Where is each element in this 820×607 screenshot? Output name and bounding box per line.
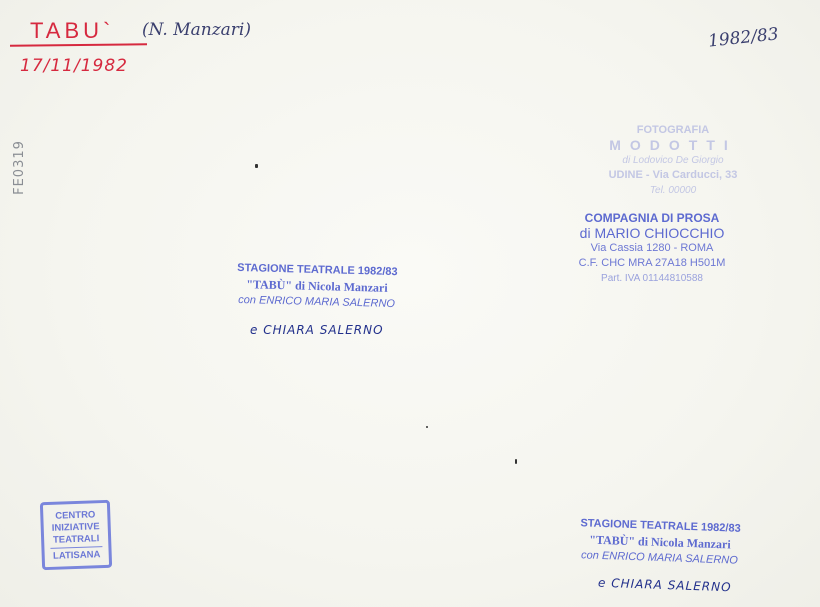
company-stamp: COMPAGNIA DI PROSA di MARIO CHIOCCHIO Vi… <box>552 211 752 286</box>
dust-speck <box>426 426 428 428</box>
season-stamp: STAGIONE TEATRALE 1982/83 "TABÙ" di Nico… <box>221 260 412 313</box>
handwritten-season: 1982/83 <box>707 24 779 51</box>
stamp-line: C.F. CHC MRA 27A18 H501M <box>552 256 752 271</box>
stamp-line: LATISANA <box>50 546 102 563</box>
handwritten-addition-bottom: e CHIARA SALERNO <box>598 576 732 595</box>
season-stamp-bottom: STAGIONE TEATRALE 1982/83 "TABÙ" di Nico… <box>564 515 756 570</box>
stamp-line: MODOTTI <box>598 138 748 153</box>
stamp-line: Tel. 00000 <box>598 183 748 198</box>
stamp-line: COMPAGNIA DI PROSA <box>552 211 752 226</box>
photographer-stamp: FOTOGRAFIA MODOTTI di Lodovico De Giorgi… <box>598 123 748 198</box>
stamp-line: di Lodovico De Giorgio <box>598 153 748 168</box>
title-underline <box>10 43 147 46</box>
stamp-line: TEATRALI <box>44 533 108 547</box>
handwritten-addition: e CHIARA SALERNO <box>250 323 384 337</box>
dust-speck <box>515 459 517 464</box>
handwritten-date: 17/11/1982 <box>20 56 128 76</box>
handwritten-author-note: (N. Manzari) <box>142 20 251 40</box>
centro-iniziative-stamp: CENTRO INIZIATIVE TEATRALI LATISANA <box>40 500 112 570</box>
stamp-line: Part. IVA 01144810588 <box>552 271 752 286</box>
stamp-line: UDINE - Via Carducci, 33 <box>598 168 748 183</box>
stamp-line: FOTOGRAFIA <box>598 123 748 138</box>
stamp-line: Via Cassia 1280 - ROMA <box>552 241 752 256</box>
photo-back-sheet: TABU` (N. Manzari) 17/11/1982 1982/83 FE… <box>0 0 820 607</box>
handwritten-title: TABU` <box>30 18 114 44</box>
dust-speck <box>255 164 258 168</box>
stamp-line: di MARIO CHIOCCHIO <box>552 226 752 241</box>
archive-code: FE0319 <box>12 140 27 195</box>
